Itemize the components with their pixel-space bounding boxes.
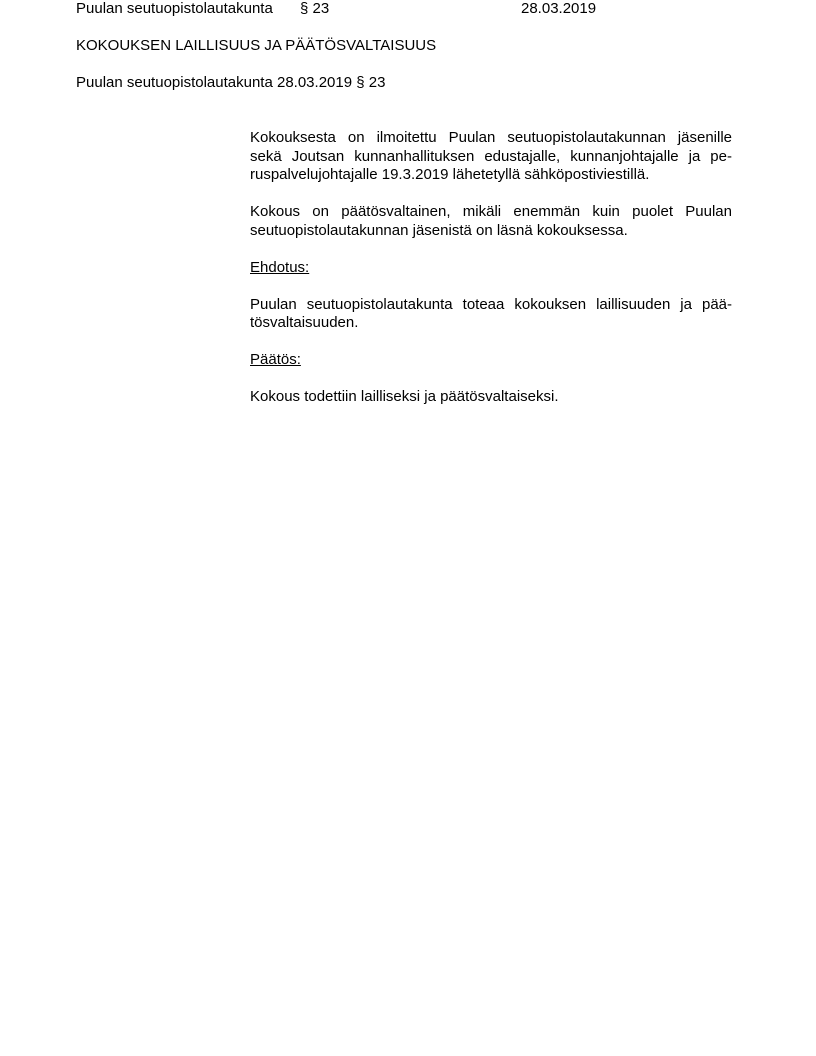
header-section-number: § 23 xyxy=(300,0,329,18)
decision-paragraph: Kokous todettiin lailliseksi ja päätösva… xyxy=(250,388,732,407)
body-content: Kokouksesta on ilmoitettu Puulan seutuop… xyxy=(250,129,732,425)
paragraph-line: Kokouksesta on ilmoitettu Puulan seutuop… xyxy=(250,129,732,148)
decision-heading-block: Päätös: xyxy=(250,351,732,370)
meeting-reference: Puulan seutuopistolautakunta 28.03.2019 … xyxy=(76,74,385,92)
paragraph-line: Kokous todettiin lailliseksi ja päätösva… xyxy=(250,388,732,407)
proposal-paragraph: Puulan seutuopistolautakunta toteaa koko… xyxy=(250,296,732,333)
document-title: KOKOUKSEN LAILLISUUS JA PÄÄTÖSVALTAISUUS xyxy=(76,37,436,55)
proposal-heading-block: Ehdotus: xyxy=(250,259,732,278)
quorum-paragraph: Kokous on päätösvaltainen, mikäli enemmä… xyxy=(250,203,732,240)
paragraph-line: tösvaltaisuuden. xyxy=(250,314,732,333)
decision-heading: Päätös: xyxy=(250,351,301,368)
notice-paragraph: Kokouksesta on ilmoitettu Puulan seutuop… xyxy=(250,129,732,185)
paragraph-line: sekä Joutsan kunnanhallituksen edustajal… xyxy=(250,148,732,167)
paragraph-line: Kokous on päätösvaltainen, mikäli enemmä… xyxy=(250,203,732,222)
paragraph-line: Puulan seutuopistolautakunta toteaa koko… xyxy=(250,296,732,315)
proposal-heading: Ehdotus: xyxy=(250,259,309,276)
paragraph-line: ruspalvelujohtajalle 19.3.2019 lähetetyl… xyxy=(250,166,732,185)
header-organization: Puulan seutuopistolautakunta xyxy=(76,0,273,18)
paragraph-line: seutuopistolautakunnan jäsenistä on läsn… xyxy=(250,222,732,241)
header-date: 28.03.2019 xyxy=(521,0,596,18)
